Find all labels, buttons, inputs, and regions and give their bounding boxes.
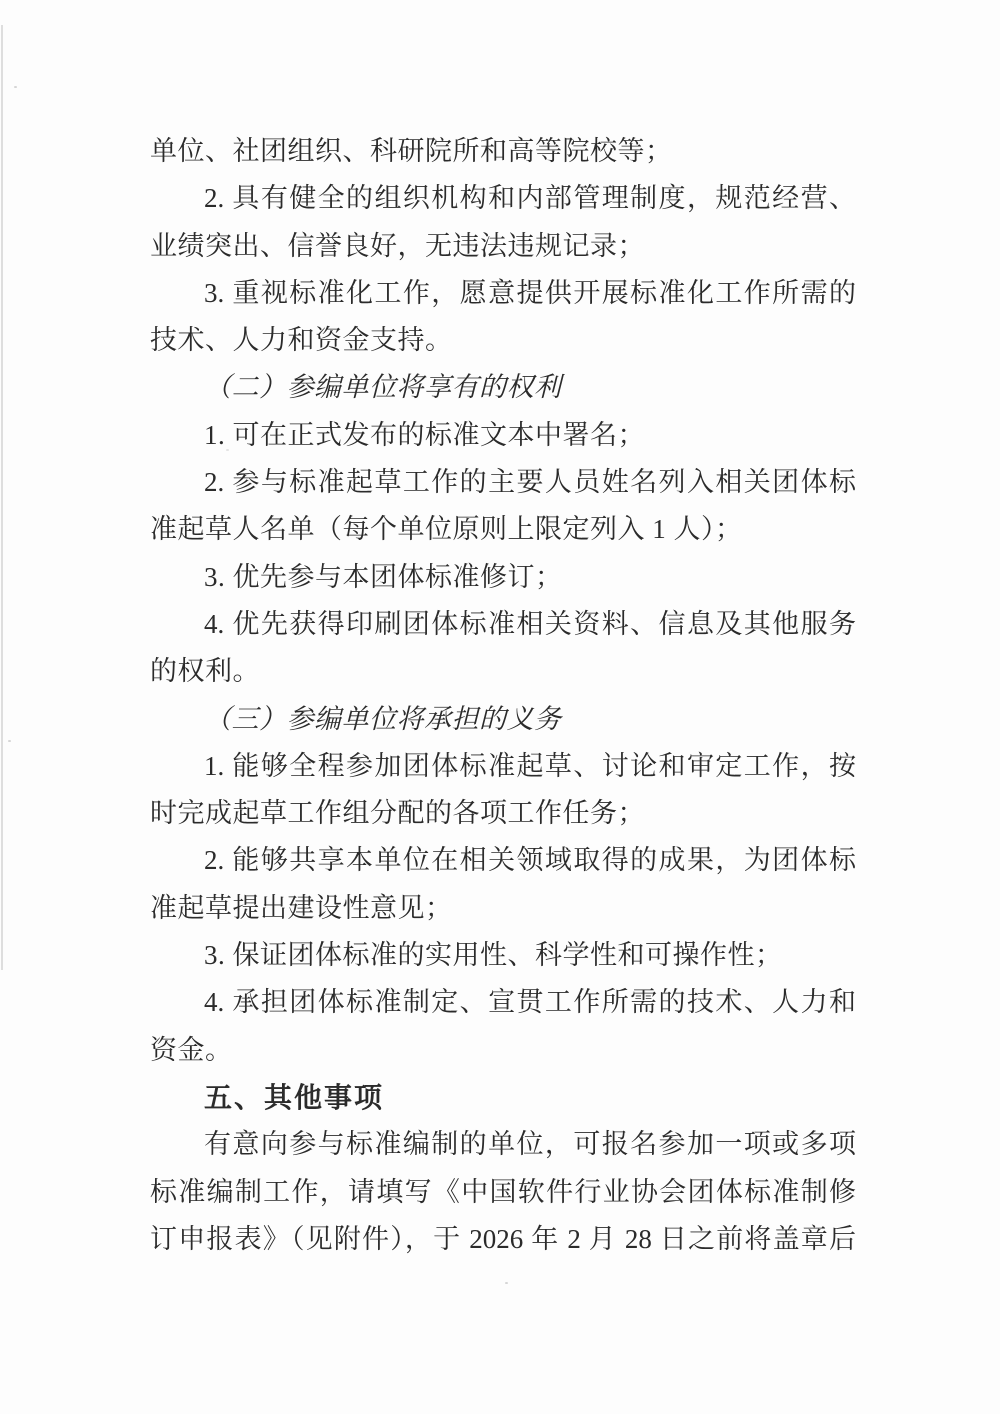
document-body: 单位、社团组织、科研院所和高等院校等； 2. 具有健全的组织机构和内部管理制度，… <box>150 128 856 1263</box>
text-line: 技术、人力和资金支持。 <box>150 317 856 364</box>
numbered-item-line: 2. 能够共享本单位在相关领域取得的成果，为团体标 <box>150 837 856 884</box>
text-line: 时完成起草工作组分配的各项工作任务； <box>150 790 856 837</box>
scanned-document-page: 单位、社团组织、科研院所和高等院校等； 2. 具有健全的组织机构和内部管理制度，… <box>0 0 1000 1414</box>
text-line: 准起草人名单（每个单位原则上限定列入 1 人）； <box>150 506 856 553</box>
numbered-item-line: 2. 具有健全的组织机构和内部管理制度，规范经营、 <box>150 175 856 222</box>
numbered-item-line: 3. 优先参与本团体标准修订； <box>150 554 856 601</box>
numbered-item-line: 3. 保证团体标准的实用性、科学性和可操作性； <box>150 932 856 979</box>
text-line: 单位、社团组织、科研院所和高等院校等； <box>150 128 856 175</box>
numbered-item-line: 3. 重视标准化工作，愿意提供开展标准化工作所需的 <box>150 270 856 317</box>
scan-edge-artifact <box>1 25 3 970</box>
numbered-item-line: 2. 参与标准起草工作的主要人员姓名列入相关团体标 <box>150 459 856 506</box>
text-line: 有意向参与标准编制的单位，可报名参加一项或多项 <box>150 1121 856 1168</box>
text-line: 订申报表》（见附件），于 2026 年 2 月 28 日之前将盖章后 <box>150 1216 856 1263</box>
text-line: 资金。 <box>150 1027 856 1074</box>
numbered-item-line: 1. 能够全程参加团体标准起草、讨论和审定工作，按 <box>150 743 856 790</box>
text-line: 的权利。 <box>150 648 856 695</box>
section-heading-rights: （二）参编单位将享有的权利 <box>150 364 856 411</box>
text-line: 准起草提出建设性意见； <box>150 885 856 932</box>
text-line: 业绩突出、信誉良好，无违法违规记录； <box>150 223 856 270</box>
scan-speck <box>14 86 17 88</box>
scan-speck <box>8 740 11 742</box>
numbered-item-line: 1. 可在正式发布的标准文本中署名； <box>150 412 856 459</box>
section-heading-other-matters: 五、其他事项 <box>150 1074 856 1121</box>
section-heading-obligations: （三）参编单位将承担的义务 <box>150 696 856 743</box>
numbered-item-line: 4. 优先获得印刷团体标准相关资料、信息及其他服务 <box>150 601 856 648</box>
numbered-item-line: 4. 承担团体标准制定、宣贯工作所需的技术、人力和 <box>150 979 856 1026</box>
text-line: 标准编制工作，请填写《中国软件行业协会团体标准制修 <box>150 1169 856 1216</box>
scan-speck <box>505 1282 508 1284</box>
